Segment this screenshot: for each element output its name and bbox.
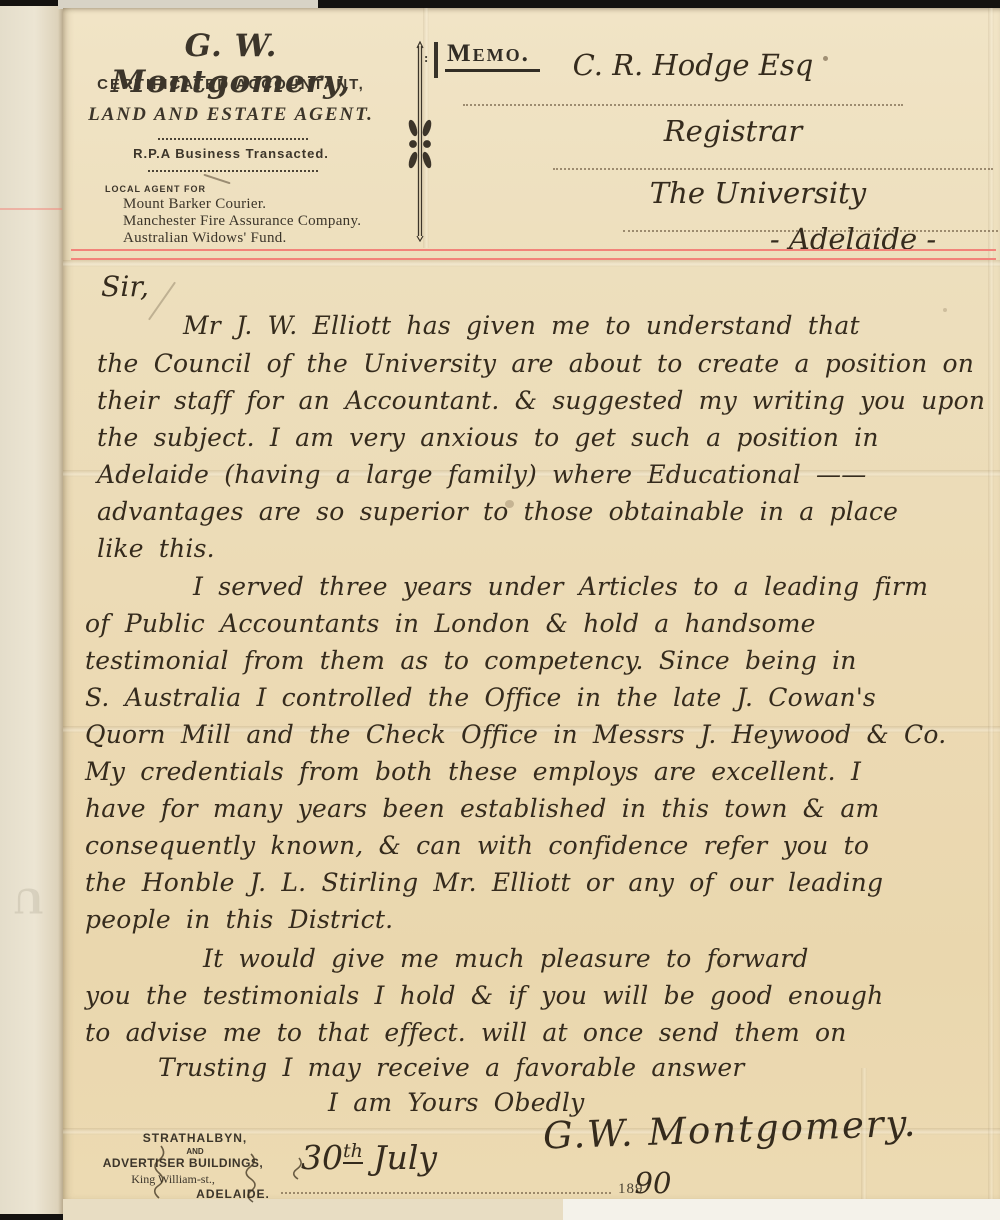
body-line: Mr J. W. Elliott has given me to underst… (183, 311, 860, 340)
letterhead-dotted-rule (158, 138, 308, 140)
pen-flourish (148, 282, 176, 321)
body-line: of Public Accountants in London & hold a… (85, 609, 816, 638)
address-dotted-line (553, 168, 993, 170)
salutation: Sir, (101, 270, 149, 303)
letterhead-agency-2: Manchester Fire Assurance Company. (123, 213, 361, 230)
body-line: S. Australia I controlled the Office in … (85, 683, 876, 712)
letter-page: G. W. Montgomery, CERTIFICATED ACCOUNTAN… (63, 8, 1000, 1199)
body-line: to advise me to that effect. will at onc… (85, 1018, 847, 1047)
paper-crease (63, 260, 1000, 267)
closing-line: Trusting I may receive a favorable answe… (158, 1053, 745, 1082)
body-line: advantages are so superior to those obta… (97, 497, 898, 526)
letterhead-rpa: R.P.A Business Transacted. (91, 146, 371, 161)
letterhead-agency-1: Mount Barker Courier. (123, 196, 266, 213)
show-through-ghost-text: U (14, 880, 44, 920)
body-line: consequently known, & can with confidenc… (85, 831, 869, 860)
pen-squiggles (103, 1128, 333, 1208)
body-line: have for many years been established in … (85, 794, 879, 823)
red-double-rule (71, 249, 996, 260)
date-day-suffix: th (343, 1140, 363, 1164)
pen-mark (203, 174, 230, 185)
ornamental-divider (407, 40, 433, 242)
date-month: July (363, 1138, 437, 1177)
recipient-institution: The University (573, 176, 943, 210)
body-line: people in this District. (85, 905, 393, 934)
body-line: Quorn Mill and the Check Office in Messr… (85, 720, 946, 749)
recipient-name: C. R. Hodge Esq (493, 48, 893, 82)
body-line: the Council of the University are about … (97, 349, 974, 378)
memo-colon-ornament: : (424, 50, 428, 66)
body-line: It would give me much pleasure to forwar… (203, 944, 809, 973)
red-rule-fold-fragment (0, 208, 62, 210)
address-dotted-line (463, 104, 903, 106)
recipient-title: Registrar (563, 114, 903, 148)
paper-speck (943, 308, 947, 312)
body-line: their staff for an Accountant. & suggest… (97, 386, 985, 415)
valediction: I am Yours Obedly (328, 1088, 584, 1117)
body-line: Adelaide (having a large family) where E… (97, 460, 866, 489)
letterhead-dotted-rule (148, 170, 318, 172)
body-line: testimonial from them as to competency. … (85, 646, 857, 675)
body-line: I served three years under Articles to a… (193, 572, 928, 601)
body-line: the subject. I am very anxious to get su… (97, 423, 879, 452)
letterhead-local-agent-label: LOCAL AGENT FOR (105, 184, 206, 194)
paper-crease-vertical (988, 8, 994, 1199)
letterhead-title-accountant: CERTIFICATED ACCOUNTANT, (91, 76, 371, 93)
body-line: My credentials from both these employs a… (85, 757, 861, 786)
letterhead-agency-3: Australian Widows' Fund. (123, 230, 287, 247)
memo-bar (434, 42, 438, 78)
handwritten-year: 90 (635, 1166, 672, 1200)
letterhead-title-agent: LAND AND ESTATE AGENT. (81, 104, 381, 126)
body-line: you the testimonials I hold & if you wil… (85, 981, 883, 1010)
body-line: like this. (97, 534, 215, 563)
date-year: 18990 (618, 1166, 671, 1200)
folded-page-edge (0, 6, 63, 1214)
body-line: the Honble J. L. Stirling Mr. Elliott or… (85, 868, 883, 897)
